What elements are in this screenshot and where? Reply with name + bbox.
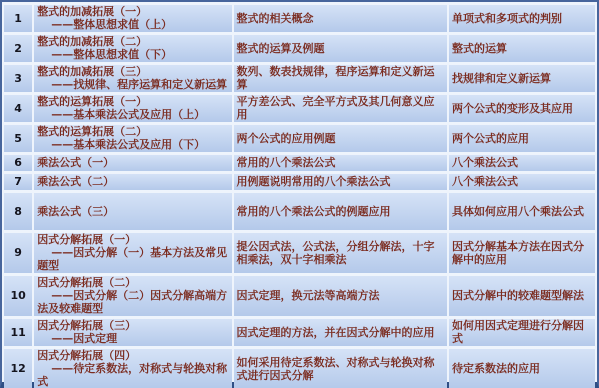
lesson-title-cell: 因式分解拓展（一） ——因式分解（一）基本方法及常见题型 xyxy=(34,232,231,273)
lesson-title-cell: 因式分解拓展（二） ——因式分解（二）因式分解高端方法及较难题型 xyxy=(34,275,231,316)
lesson-title-line1: 整式的运算拓展（二） xyxy=(37,125,228,138)
lesson-row: 11 因式分解拓展（三） ——因式定理 因式定理的方法，并在因式分解中的应用 如… xyxy=(4,318,595,346)
lesson-content-cell: 数列、数表找规律，程序运算和定义新运算 xyxy=(234,64,447,92)
lesson-title-cell: 乘法公式（一） xyxy=(34,154,231,171)
lesson-title-line1: 因式分解拓展（一） xyxy=(37,233,228,246)
lesson-content-cell: 常用的八个乘法公式的例题应用 xyxy=(234,192,447,230)
lesson-number: 3 xyxy=(4,64,32,92)
lesson-row: 6 乘法公式（一） 常用的八个乘法公式 八个乘法公式 xyxy=(4,154,595,171)
lesson-keywords-cell: 待定系数法的应用 xyxy=(449,348,595,388)
lesson-title-line2: ——因式定理 xyxy=(37,332,228,345)
lesson-number: 10 xyxy=(4,275,32,316)
lesson-content-cell: 因式定理，换元法等高端方法 xyxy=(234,275,447,316)
lesson-title-cell: 整式的运算拓展（二） ——基本乘法公式及应用（下） xyxy=(34,124,231,152)
lesson-row: 7 乘法公式（二） 用例题说明常用的八个乘法公式 八个乘法公式 xyxy=(4,173,595,190)
lesson-title-line2: ——找规律、程序运算和定义新运算 xyxy=(37,78,228,91)
lesson-content-cell: 两个公式的应用例题 xyxy=(234,124,447,152)
lesson-title-cell: 整式的加减拓展（一） ——整体思想求值（上） xyxy=(34,4,231,32)
lesson-content-cell: 因式定理的方法，并在因式分解中的应用 xyxy=(234,318,447,346)
lesson-number: 11 xyxy=(4,318,32,346)
lesson-title-line1: 整式的加减拓展（二） xyxy=(37,35,228,48)
lesson-content-cell: 平方差公式、完全平方式及其几何意义应用 xyxy=(234,94,447,122)
lesson-number: 4 xyxy=(4,94,32,122)
lesson-number: 7 xyxy=(4,173,32,190)
lesson-title-cell: 乘法公式（三） xyxy=(34,192,231,230)
lesson-row: 12 因式分解拓展（四） ——待定系数法，对称式与轮换对称式 如何采用待定系数法… xyxy=(4,348,595,388)
lesson-keywords-cell: 八个乘法公式 xyxy=(449,173,595,190)
lesson-row: 3 整式的加减拓展（三） ——找规律、程序运算和定义新运算 数列、数表找规律，程… xyxy=(4,64,595,92)
lesson-title-line1: 因式分解拓展（四） xyxy=(37,349,228,362)
lesson-keywords-cell: 因式分解基本方法在因式分解中的应用 xyxy=(449,232,595,273)
lesson-keywords-cell: 找规律和定义新运算 xyxy=(449,64,595,92)
lesson-table: 1 整式的加减拓展（一） ——整体思想求值（上） 整式的相关概念 单项式和多项式… xyxy=(2,2,597,388)
lesson-content-cell: 整式的相关概念 xyxy=(234,4,447,32)
lesson-content-cell: 常用的八个乘法公式 xyxy=(234,154,447,171)
lesson-title-line1: 乘法公式（二） xyxy=(37,175,228,188)
lesson-keywords-cell: 两个公式的应用 xyxy=(449,124,595,152)
lesson-number: 8 xyxy=(4,192,32,230)
lesson-title-cell: 整式的加减拓展（三） ——找规律、程序运算和定义新运算 xyxy=(34,64,231,92)
lesson-title-line1: 整式的运算拓展（一） xyxy=(37,95,228,108)
lesson-keywords-cell: 如何用因式定理进行分解因式 xyxy=(449,318,595,346)
lesson-content-cell: 整式的运算及例题 xyxy=(234,34,447,62)
lesson-number: 1 xyxy=(4,4,32,32)
lesson-keywords-cell: 两个公式的变形及其应用 xyxy=(449,94,595,122)
lesson-title-line2: ——基本乘法公式及应用（下） xyxy=(37,138,228,151)
lesson-table-frame: 1 整式的加减拓展（一） ——整体思想求值（上） 整式的相关概念 单项式和多项式… xyxy=(0,0,599,388)
lesson-row: 2 整式的加减拓展（二） ——整体思想求值（下） 整式的运算及例题 整式的运算 xyxy=(4,34,595,62)
lesson-keywords-cell: 单项式和多项式的判别 xyxy=(449,4,595,32)
lesson-keywords-cell: 整式的运算 xyxy=(449,34,595,62)
lesson-title-line1: 因式分解拓展（三） xyxy=(37,319,228,332)
lesson-content-cell: 提公因式法，公式法，分组分解法，十字相乘法，双十字相乘法 xyxy=(234,232,447,273)
lesson-title-line1: 乘法公式（三） xyxy=(37,205,228,218)
lesson-title-cell: 整式的运算拓展（一） ——基本乘法公式及应用（上） xyxy=(34,94,231,122)
lesson-title-cell: 整式的加减拓展（二） ——整体思想求值（下） xyxy=(34,34,231,62)
lesson-keywords-cell: 因式分解中的较难题型解法 xyxy=(449,275,595,316)
lesson-number: 2 xyxy=(4,34,32,62)
lesson-row: 10 因式分解拓展（二） ——因式分解（二）因式分解高端方法及较难题型 因式定理… xyxy=(4,275,595,316)
lesson-title-line1: 整式的加减拓展（三） xyxy=(37,65,228,78)
lesson-content-cell: 用例题说明常用的八个乘法公式 xyxy=(234,173,447,190)
lesson-title-cell: 因式分解拓展（四） ——待定系数法，对称式与轮换对称式 xyxy=(34,348,231,388)
lesson-title-line2: ——待定系数法，对称式与轮换对称式 xyxy=(37,362,228,388)
lesson-row: 4 整式的运算拓展（一） ——基本乘法公式及应用（上） 平方差公式、完全平方式及… xyxy=(4,94,595,122)
lesson-number: 5 xyxy=(4,124,32,152)
lesson-row: 5 整式的运算拓展（二） ——基本乘法公式及应用（下） 两个公式的应用例题 两个… xyxy=(4,124,595,152)
lesson-row: 1 整式的加减拓展（一） ——整体思想求值（上） 整式的相关概念 单项式和多项式… xyxy=(4,4,595,32)
lesson-title-line2: ——因式分解（二）因式分解高端方法及较难题型 xyxy=(37,289,228,315)
lesson-table-body: 1 整式的加减拓展（一） ——整体思想求值（上） 整式的相关概念 单项式和多项式… xyxy=(4,4,595,388)
lesson-keywords-cell: 具体如何应用八个乘法公式 xyxy=(449,192,595,230)
lesson-keywords-cell: 八个乘法公式 xyxy=(449,154,595,171)
lesson-title-line2: ——因式分解（一）基本方法及常见题型 xyxy=(37,246,228,272)
lesson-number: 6 xyxy=(4,154,32,171)
lesson-title-cell: 乘法公式（二） xyxy=(34,173,231,190)
lesson-title-line1: 乘法公式（一） xyxy=(37,156,228,169)
lesson-title-cell: 因式分解拓展（三） ——因式定理 xyxy=(34,318,231,346)
lesson-row: 8 乘法公式（三） 常用的八个乘法公式的例题应用 具体如何应用八个乘法公式 xyxy=(4,192,595,230)
lesson-content-cell: 如何采用待定系数法、对称式与轮换对称式进行因式分解 xyxy=(234,348,447,388)
lesson-number: 9 xyxy=(4,232,32,273)
lesson-title-line2: ——整体思想求值（下） xyxy=(37,48,228,61)
lesson-title-line1: 因式分解拓展（二） xyxy=(37,276,228,289)
lesson-title-line2: ——整体思想求值（上） xyxy=(37,18,228,31)
lesson-number: 12 xyxy=(4,348,32,388)
lesson-row: 9 因式分解拓展（一） ——因式分解（一）基本方法及常见题型 提公因式法，公式法… xyxy=(4,232,595,273)
lesson-title-line1: 整式的加减拓展（一） xyxy=(37,5,228,18)
lesson-title-line2: ——基本乘法公式及应用（上） xyxy=(37,108,228,121)
